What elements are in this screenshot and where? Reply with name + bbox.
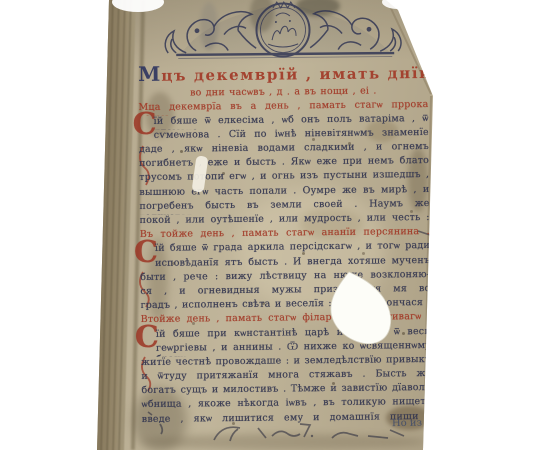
stain [140,434,426,450]
stain [200,2,218,50]
stain [250,0,274,32]
stain [296,0,340,16]
month-title: Мцъ декемврїй , имать днїй , ла . [138,59,428,88]
book-photo: Мцъ декемврїй , имать днїй , ла . С С С … [0,0,550,450]
text-block: Мцъ декемврїй , имать днїй , ла . С С С … [138,59,432,428]
book-spine-edge [76,0,136,450]
title-text: цъ декемврїй , имать днїй , ла . [161,63,489,84]
title-initial: М [138,62,161,86]
catchword: Но из [378,418,422,430]
book-page: Мцъ декемврїй , имать днїй , ла . С С С … [0,0,550,450]
